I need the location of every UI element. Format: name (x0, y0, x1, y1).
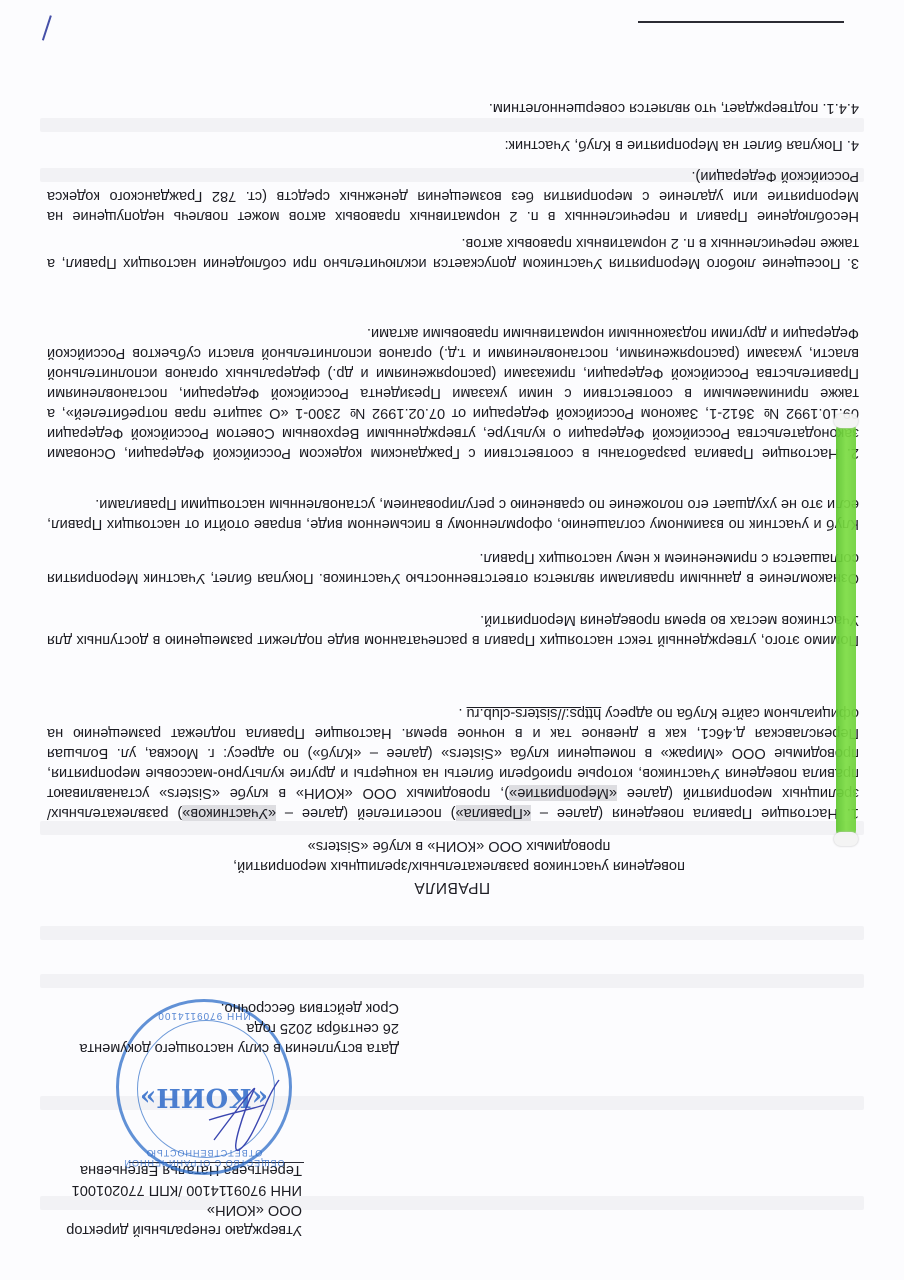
term-event: «Мероприятие» (509, 785, 617, 801)
section-3-consequences: Несоблюдение Правил и перечисленных в п.… (47, 166, 859, 226)
section-4-paragraph-2: 4.4.1. подтверждает, что является соверш… (47, 98, 859, 118)
document-title: ПРАВИЛА (0, 878, 904, 896)
pen-tick-mark-icon (36, 13, 52, 40)
company-name: ООО «КОИН» (2, 1200, 302, 1220)
approval-block: Утверждаю генеральный директор ООО «КОИН… (2, 1160, 302, 1240)
section-1-deviation: Клуб и участник по взаимному соглашению,… (47, 494, 859, 534)
bleed-through-text (40, 821, 864, 835)
section-3: 3. Посещение любого Мероприятия Участник… (47, 233, 859, 273)
club-website-link[interactable]: https://sisters-club.ru (467, 705, 602, 721)
document-subtitle: поведения участников развлекательных/зре… (174, 836, 744, 876)
section-4-paragraph-1: 4. Покупая билет на Мероприятие в Клуб, … (47, 135, 859, 155)
effective-date-block: Дата вступления в силу настоящего докуме… (79, 998, 399, 1058)
bleed-through-text (40, 926, 864, 940)
subtitle-line-2: проводимых ООО «КОИН» в клубе «Sisters» (174, 836, 744, 856)
term-participants: «Участников» (182, 805, 276, 821)
section-1-paragraph-2: Помимо этого, утвержденный текст настоящ… (47, 610, 859, 650)
section-2: 2. Настоящие Правила разработаны в соотв… (47, 323, 859, 463)
bleed-through-text (40, 118, 864, 132)
handwritten-signature-icon (204, 1070, 284, 1160)
section-1-paragraph-4: Клуб и участник по взаимному соглашению,… (47, 494, 859, 534)
section-1: 1. Настоящие Правила поведения (далее – … (47, 703, 859, 823)
approval-title: Утверждаю генеральный директор (2, 1220, 302, 1240)
bleed-through-text (40, 974, 864, 988)
section-1-print-note: Помимо этого, утвержденный текст настоящ… (47, 610, 859, 650)
validity-period: Срок действия бессрочно. (79, 998, 399, 1018)
section-1-paragraph-3: Ознакомление в данными правилами являетс… (47, 548, 859, 588)
term-rules: «Правила» (456, 805, 532, 821)
subtitle-line-1: поведения участников развлекательных/зре… (174, 856, 744, 876)
green-highlighter-marker-icon (836, 420, 856, 840)
bottom-signature-line (638, 21, 844, 23)
section-1-acknowledgement: Ознакомление в данными правилами являетс… (47, 548, 859, 588)
section-1-paragraph-1: 1. Настоящие Правила поведения (далее – … (47, 703, 859, 823)
section-3-paragraph-2: Несоблюдение Правил и перечисленных в п.… (47, 166, 859, 226)
effective-date-value: 26 сентября 2025 года (79, 1018, 399, 1038)
section-4: 4. Покупая билет на Мероприятие в Клуб, … (47, 135, 859, 155)
effective-date-label: Дата вступления в силу настоящего докуме… (79, 1038, 399, 1058)
section-4-clause: 4.4.1. подтверждает, что является соверш… (47, 98, 859, 118)
scanned-document-page: Утверждаю генеральный директор ООО «КОИН… (0, 0, 904, 1280)
section-2-paragraph-1: 2. Настоящие Правила разработаны в соотв… (47, 323, 859, 463)
company-tax-ids: ИНН 9709114100 /КПП 770201001 (2, 1180, 302, 1200)
section-3-paragraph-1: 3. Посещение любого Мероприятия Участник… (47, 233, 859, 273)
